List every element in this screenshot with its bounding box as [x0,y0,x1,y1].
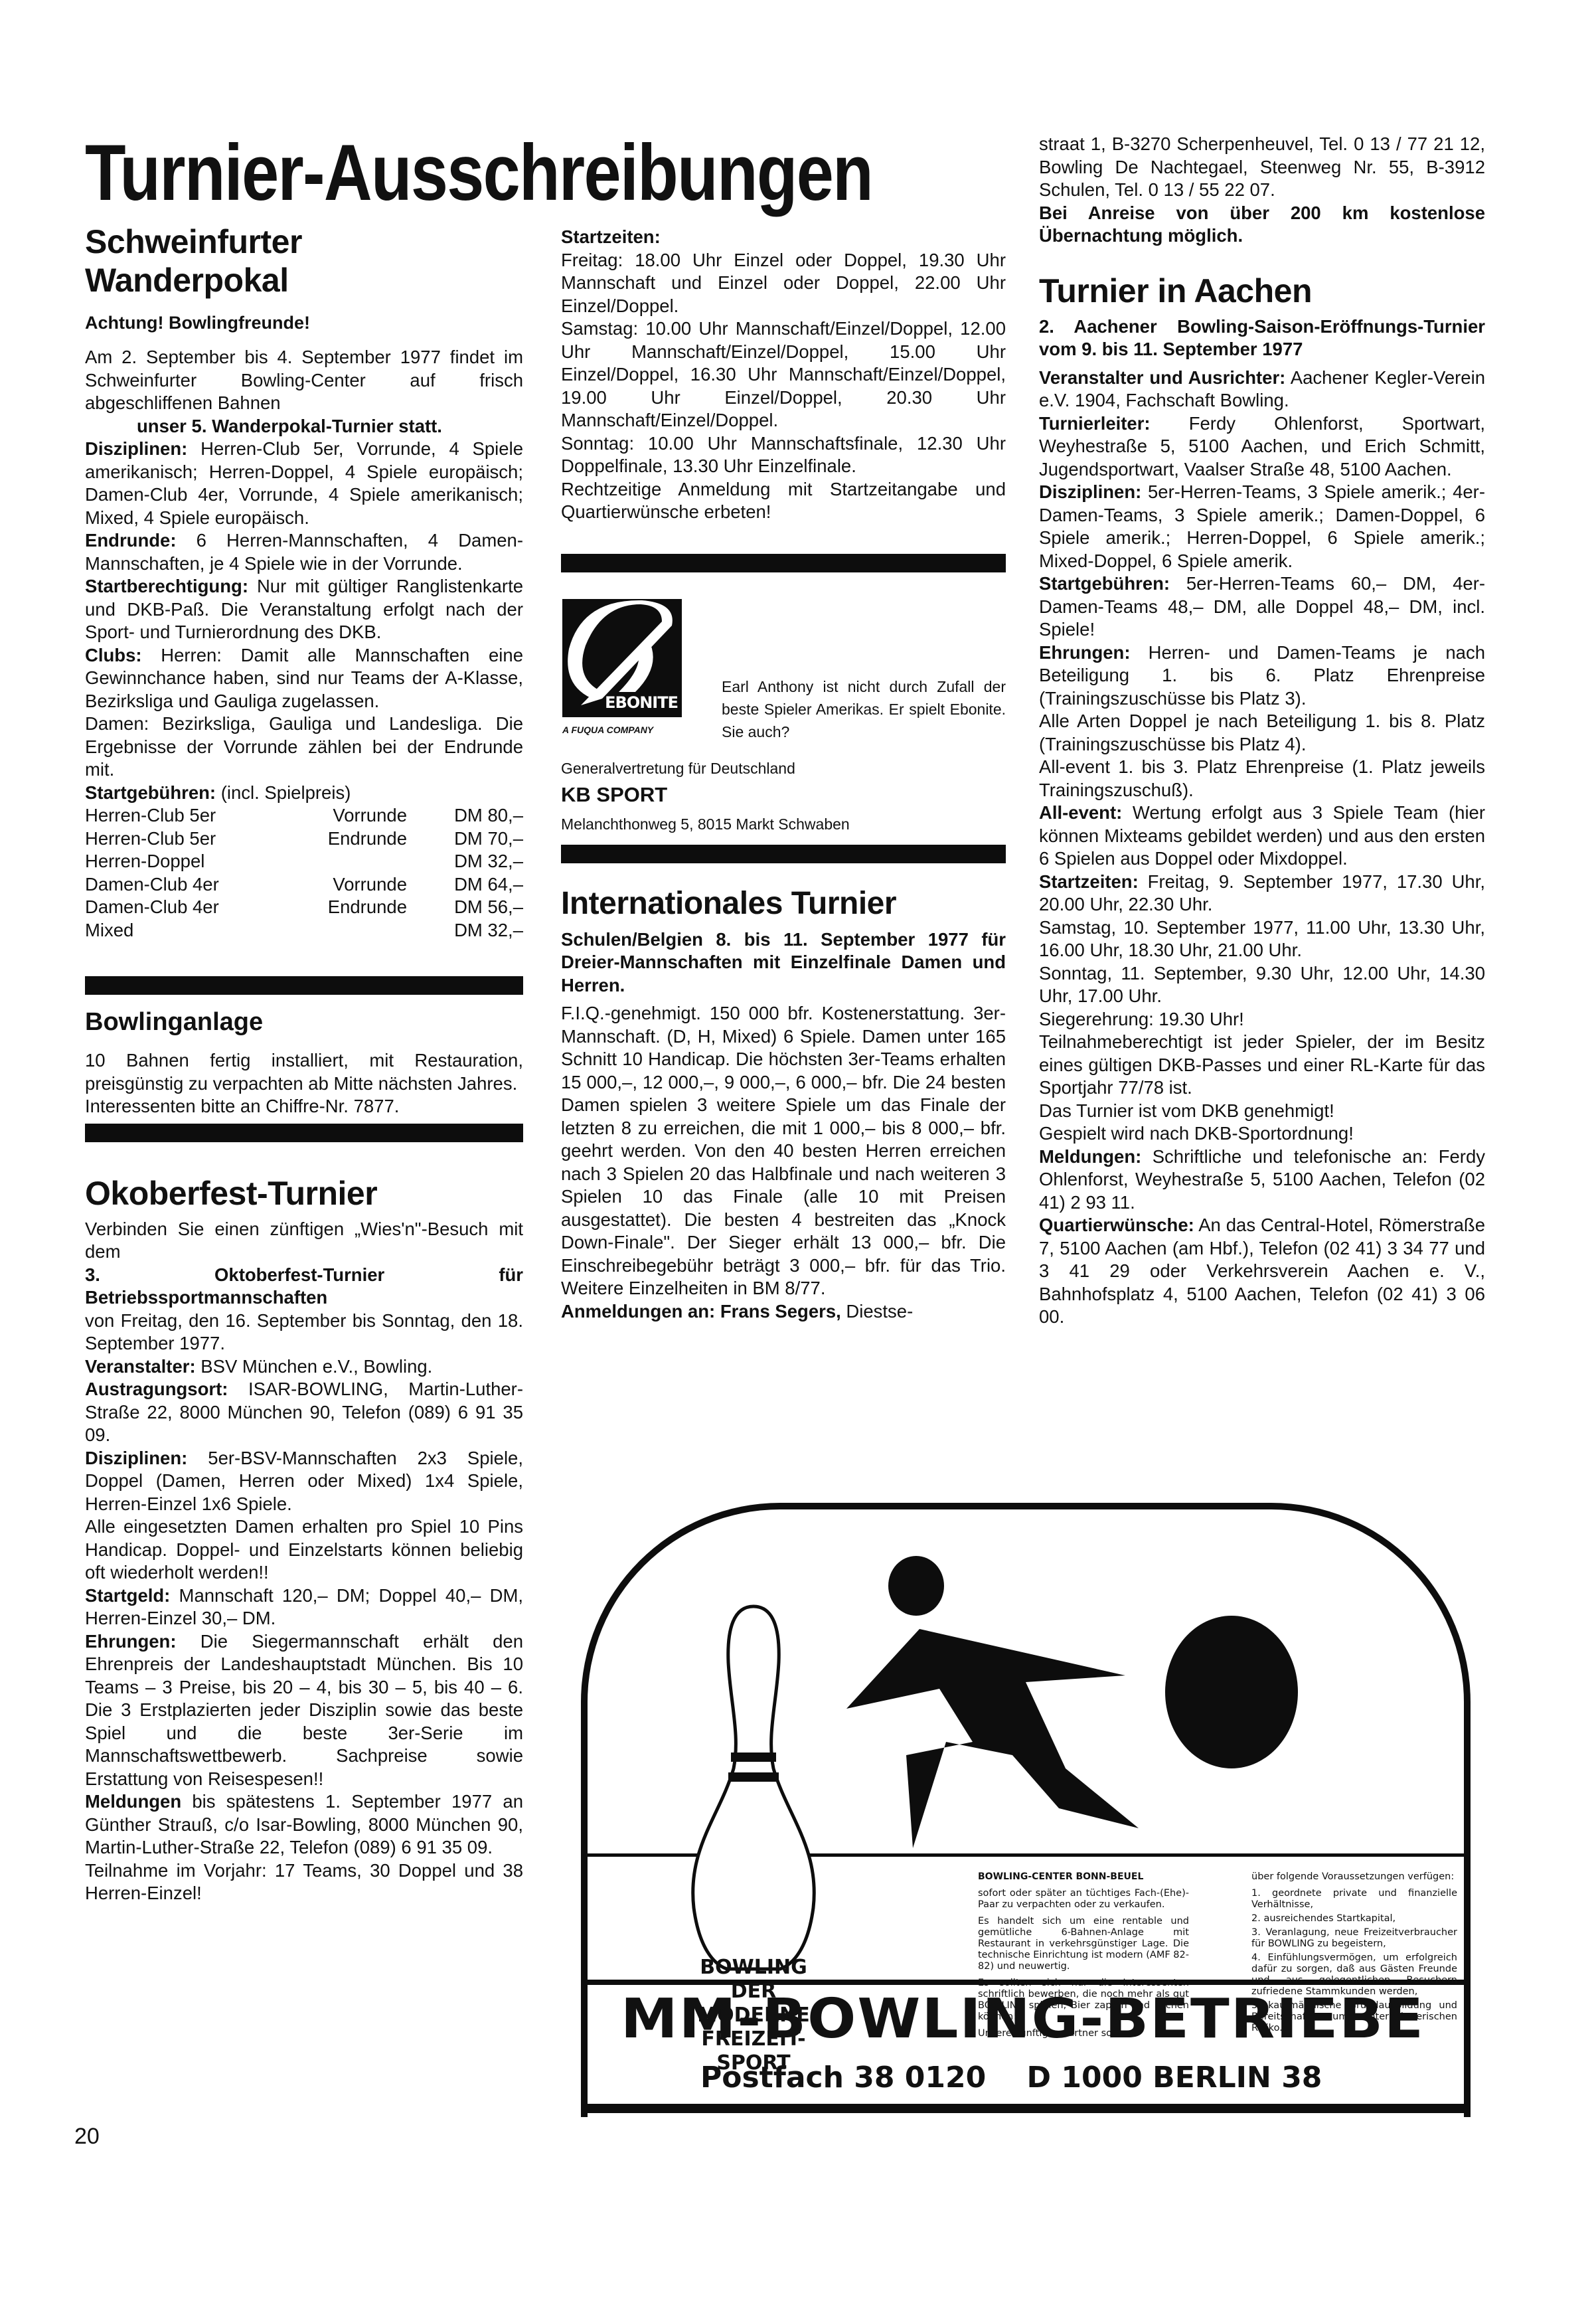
bowler-figure-icon [820,1556,1324,1861]
international-subtitle: Schulen/Belgien 8. bis 11. September 197… [561,928,1006,997]
page-title: Turnier-Ausschreibungen [85,129,872,216]
schweinfurt-endrunde: Endrunde: 6 Herren-Mannschaften, 4 Damen… [85,529,523,575]
middle-column: Startzeiten: Freitag: 18.00 Uhr Einzel o… [561,226,1006,1323]
ad-rule-bottom [581,2104,1464,2113]
ebonite-text: Earl Anthony ist nicht durch Zufall der … [722,675,1006,743]
fee-price: DM 32,– [407,850,523,873]
divider-rule [561,845,1006,863]
fee-category: Herren-Club 5er [85,804,321,827]
ad-req-item: 1. geordnete private und finanzielle Ver… [1251,1888,1457,1911]
ehrungen-label: Ehrungen: [85,1631,177,1652]
startzeiten-samstag: Samstag: 10.00 Uhr Mannschaft/Einzel/Dop… [561,317,1006,432]
ebonite-address: Melanchthonweg 5, 8015 Markt Schwaben [561,813,850,836]
ad-req-intro: über folgende Voraussetzungen verfügen: [1251,1871,1457,1883]
fee-category: Mixed [85,919,321,942]
oktoberfest-veranstalter: Veranstalter: BSV München e.V., Bowling. [85,1355,523,1379]
aachen-genehmigt: Das Turnier ist vom DKB genehmigt! [1039,1100,1485,1123]
turnierleiter-label: Turnierleiter: [1039,413,1151,434]
fees-note: (incl. Spielpreis) [221,782,351,803]
ebonite-ad: EBONITE A FUQUA COMPANY Earl Anthony ist… [561,572,1006,825]
fee-round: Endrunde [321,896,407,919]
schweinfurt-clubs: Clubs: Herren: Damit alle Mannschaften e… [85,644,523,713]
ad-req-item: 3. Veranlagung, neue Freizeitverbraucher… [1251,1927,1457,1950]
page-number: 20 [74,2124,100,2150]
aachen-meldungen: Meldungen: Schriftliche und telefonische… [1039,1146,1485,1215]
fee-row: Damen-Club 4erEndrundeDM 56,– [85,896,523,919]
aachen-siegerehrung: Siegerehrung: 19.30 Uhr! [1039,1008,1485,1031]
oktoberfest-meldungen: Meldungen bis spätestens 1. September 19… [85,1790,523,1859]
fee-category: Herren-Club 5er [85,827,321,851]
anmeldung-note: Rechtzeitige Anmeldung mit Startzeitanga… [561,478,1006,524]
aachen-startzeiten-sonntag: Sonntag, 11. September, 9.30 Uhr, 12.00 … [1039,962,1485,1008]
oktoberfest-startgeld: Startgeld: Mannschaft 120,– DM; Doppel 4… [85,1584,523,1630]
schweinfurt-damen: Damen: Bezirksliga, Gauliga und Landesli… [85,713,523,782]
schweinfurt-intro: Am 2. September bis 4. September 1977 fi… [85,346,523,415]
ebonite-tagline: A FUQUA COMPANY [562,719,653,742]
aachen-startzeiten-samstag: Samstag, 10. September 1977, 11.00 Uhr, … [1039,916,1485,962]
aachen-doppel: Alle Arten Doppel je nach Beteiligung 1.… [1039,710,1485,756]
fee-row: MixedDM 32,– [85,919,523,942]
left-column: Schweinfurter Wanderpokal Achtung! Bowli… [85,222,523,1905]
aachen-quartier: Quartierwünsche: An das Central-Hotel, R… [1039,1214,1485,1329]
oktoberfest-heading: Okoberfest-Turnier [85,1174,523,1213]
ehrungen-label: Ehrungen: [1039,642,1131,663]
disziplinen-label: Disziplinen: [85,438,187,459]
schweinfurt-heading-line1: Schweinfurter [85,222,523,261]
schweinfurt-heading-line2: Wanderpokal [85,261,523,299]
oktoberfest-intro: Verbinden Sie einen zünftigen „Wies'n"-B… [85,1218,523,1264]
divider-rule [561,554,1006,572]
schweinfurt-intro-bold: unser 5. Wanderpokal-Turnier statt. [85,415,523,438]
startzeiten-label: Startzeiten: [561,226,1006,249]
fee-price: DM 32,– [407,919,523,942]
international-continued: straat 1, B-3270 Scherpenheuvel, Tel. 0 … [1039,133,1485,202]
fee-row: Herren-Club 5erVorrundeDM 80,– [85,804,523,827]
oktoberfest-subtitle: 3. Oktoberfest-Turnier für Betriebssport… [85,1264,523,1310]
startzeiten-freitag: Freitag: 18.00 Uhr Einzel oder Doppel, 1… [561,249,1006,318]
disziplinen-label: Disziplinen: [1039,481,1141,502]
aachen-startgebuehren: Startgebühren: 5er-Herren-Teams 60,– DM,… [1039,572,1485,641]
oktoberfest-vorjahr: Teilnahme im Vorjahr: 17 Teams, 30 Doppe… [85,1859,523,1905]
international-body: F.I.Q.-genehmigt. 150 000 bfr. Kosteners… [561,1002,1006,1300]
anmeldungen-text: Diestse- [846,1301,913,1322]
mm-bowling-ad: BOWLING DER MODERNE FREIZEIT- SPORT BOWL… [581,1503,1467,2117]
fees-label: Startgebühren: [85,782,216,803]
fee-price: DM 80,– [407,804,523,827]
divider-rule [85,976,523,995]
ehrungen-text: Die Siegermannschaft erhält den Ehrenpre… [85,1631,523,1789]
ad-center-title: BOWLING-CENTER BONN-BEUEL [978,1871,1189,1883]
aachen-veranstalter: Veranstalter und Ausrichter: Aachener Ke… [1039,367,1485,412]
schweinfurt-startberechtigung: Startberechtigung: Nur mit gültiger Rang… [85,575,523,644]
meldungen-label: Meldungen: [1039,1146,1141,1167]
fees-table: Herren-Club 5erVorrundeDM 80,– Herren-Cl… [85,804,523,942]
schweinfurt-fees-heading: Startgebühren: (incl. Spielpreis) [85,782,523,805]
disziplinen-label: Disziplinen: [85,1448,187,1468]
fee-category: Damen-Club 4er [85,896,321,919]
meldungen-label: Meldungen [85,1791,181,1812]
ebonite-company: KB SPORT [561,784,667,807]
startzeiten-sonntag: Sonntag: 10.00 Uhr Mannschaftsfinale, 12… [561,432,1006,478]
ebonite-representation: Generalvertretung für Deutschland [561,757,795,780]
fee-round: Vorrunde [321,873,407,897]
anmeldungen-label: Anmeldungen an: Frans Segers, [561,1301,841,1322]
aachen-allevent-prize: All-event 1. bis 3. Platz Ehrenpreise (1… [1039,756,1485,802]
ebonite-brand: EBONITE [605,691,678,715]
aachen-heading: Turnier in Aachen [1039,272,1485,310]
aachen-sportordnung: Gespielt wird nach DKB-Sportordnung! [1039,1122,1485,1146]
oktoberfest-dates: von Freitag, den 16. September bis Sonnt… [85,1310,523,1355]
ad-req-item: 2. ausreichendes Startkapital, [1251,1913,1457,1924]
oktoberfest-disziplinen: Disziplinen: 5er-BSV-Mannschaften 2x3 Sp… [85,1447,523,1516]
fee-category: Damen-Club 4er [85,873,321,897]
fee-row: Herren-DoppelDM 32,– [85,850,523,873]
ad-center-p2: Es handelt sich um eine rentable und gem… [978,1916,1189,1972]
aachen-turnierleiter: Turnierleiter: Ferdy Ohlenforst, Sportwa… [1039,412,1485,481]
pin-slogan-line: BOWLING [684,1956,823,1980]
allevent-label: All-event: [1039,802,1122,823]
veranstalter-label: Veranstalter und Ausrichter: [1039,367,1285,388]
aachen-startzeiten: Startzeiten: Freitag, 9. September 1977,… [1039,871,1485,916]
fee-row: Damen-Club 4erVorrundeDM 64,– [85,873,523,897]
ebonite-logo: EBONITE [562,599,682,717]
bowlinganlage-text: 10 Bahnen fertig installiert, mit Restau… [85,1049,523,1095]
international-note: Bei Anreise von über 200 km kostenlose Ü… [1039,202,1485,248]
fee-price: DM 56,– [407,896,523,919]
bowlinganlage-contact: Interessenten bitte an Chiffre-Nr. 7877. [85,1095,523,1118]
international-heading: Internationales Turnier [561,885,1006,923]
aachen-teilnahme: Teilnahmeberechtigt ist jeder Spieler, d… [1039,1031,1485,1100]
fee-round: Vorrunde [321,804,407,827]
international-anmeldungen: Anmeldungen an: Frans Segers, Diestse- [561,1300,1006,1324]
fee-round [321,850,407,873]
bowling-pin-icon [667,1602,840,1974]
startzeiten-label: Startzeiten: [1039,871,1139,892]
aachen-ehrungen: Ehrungen: Herren- und Damen-Teams je nac… [1039,641,1485,711]
schweinfurt-disziplinen: Disziplinen: Herren-Club 5er, Vorrunde, … [85,438,523,529]
aachen-disziplinen: Disziplinen: 5er-Herren-Teams, 3 Spiele … [1039,481,1485,572]
oktoberfest-damen: Alle eingesetzten Damen erhalten pro Spi… [85,1515,523,1584]
schweinfurt-lead: Achtung! Bowlingfreunde! [85,311,523,334]
endrunde-label: Endrunde: [85,530,177,551]
quartier-label: Quartierwünsche: [1039,1215,1194,1235]
startgeld-label: Startgeld: [85,1585,170,1606]
fee-category: Herren-Doppel [85,850,321,873]
mm-brand: MM-BOWLING-BETRIEBE [621,1988,1425,2051]
fee-row: Herren-Club 5erEndrundeDM 70,– [85,827,523,851]
austragungsort-label: Austragungsort: [85,1379,228,1399]
ad-center-p1: sofort oder später an tüchtiges Fach-(Eh… [978,1888,1189,1911]
veranstalter-label: Veranstalter: [85,1356,196,1377]
clubs-text: Herren: Damit alle Mannschaften eine Gew… [85,645,523,711]
fee-round: Endrunde [321,827,407,851]
clubs-label: Clubs: [85,645,142,665]
aachen-allevent: All-event: Wertung erfolgt aus 3 Spiele … [1039,802,1485,871]
startberechtigung-label: Startberechtigung: [85,576,248,596]
oktoberfest-ehrungen: Ehrungen: Die Siegermannschaft erhält de… [85,1630,523,1791]
fee-price: DM 70,– [407,827,523,851]
veranstalter-text: BSV München e.V., Bowling. [200,1356,432,1377]
startgebuehren-label: Startgebühren: [1039,573,1170,594]
aachen-subtitle: 2. Aachener Bowling-Saison-Eröffnungs-Tu… [1039,315,1485,361]
fee-round [321,919,407,942]
right-column: straat 1, B-3270 Scherpenheuvel, Tel. 0 … [1039,133,1485,1329]
fee-price: DM 64,– [407,873,523,897]
bowlinganlage-heading: Bowlinganlage [85,1007,523,1037]
oktoberfest-ort: Austragungsort: ISAR-BOWLING, Martin-Lut… [85,1378,523,1447]
divider-rule [85,1124,523,1142]
mm-address: Postfach 38 0120 D 1000 BERLIN 38 [700,2061,1322,2095]
